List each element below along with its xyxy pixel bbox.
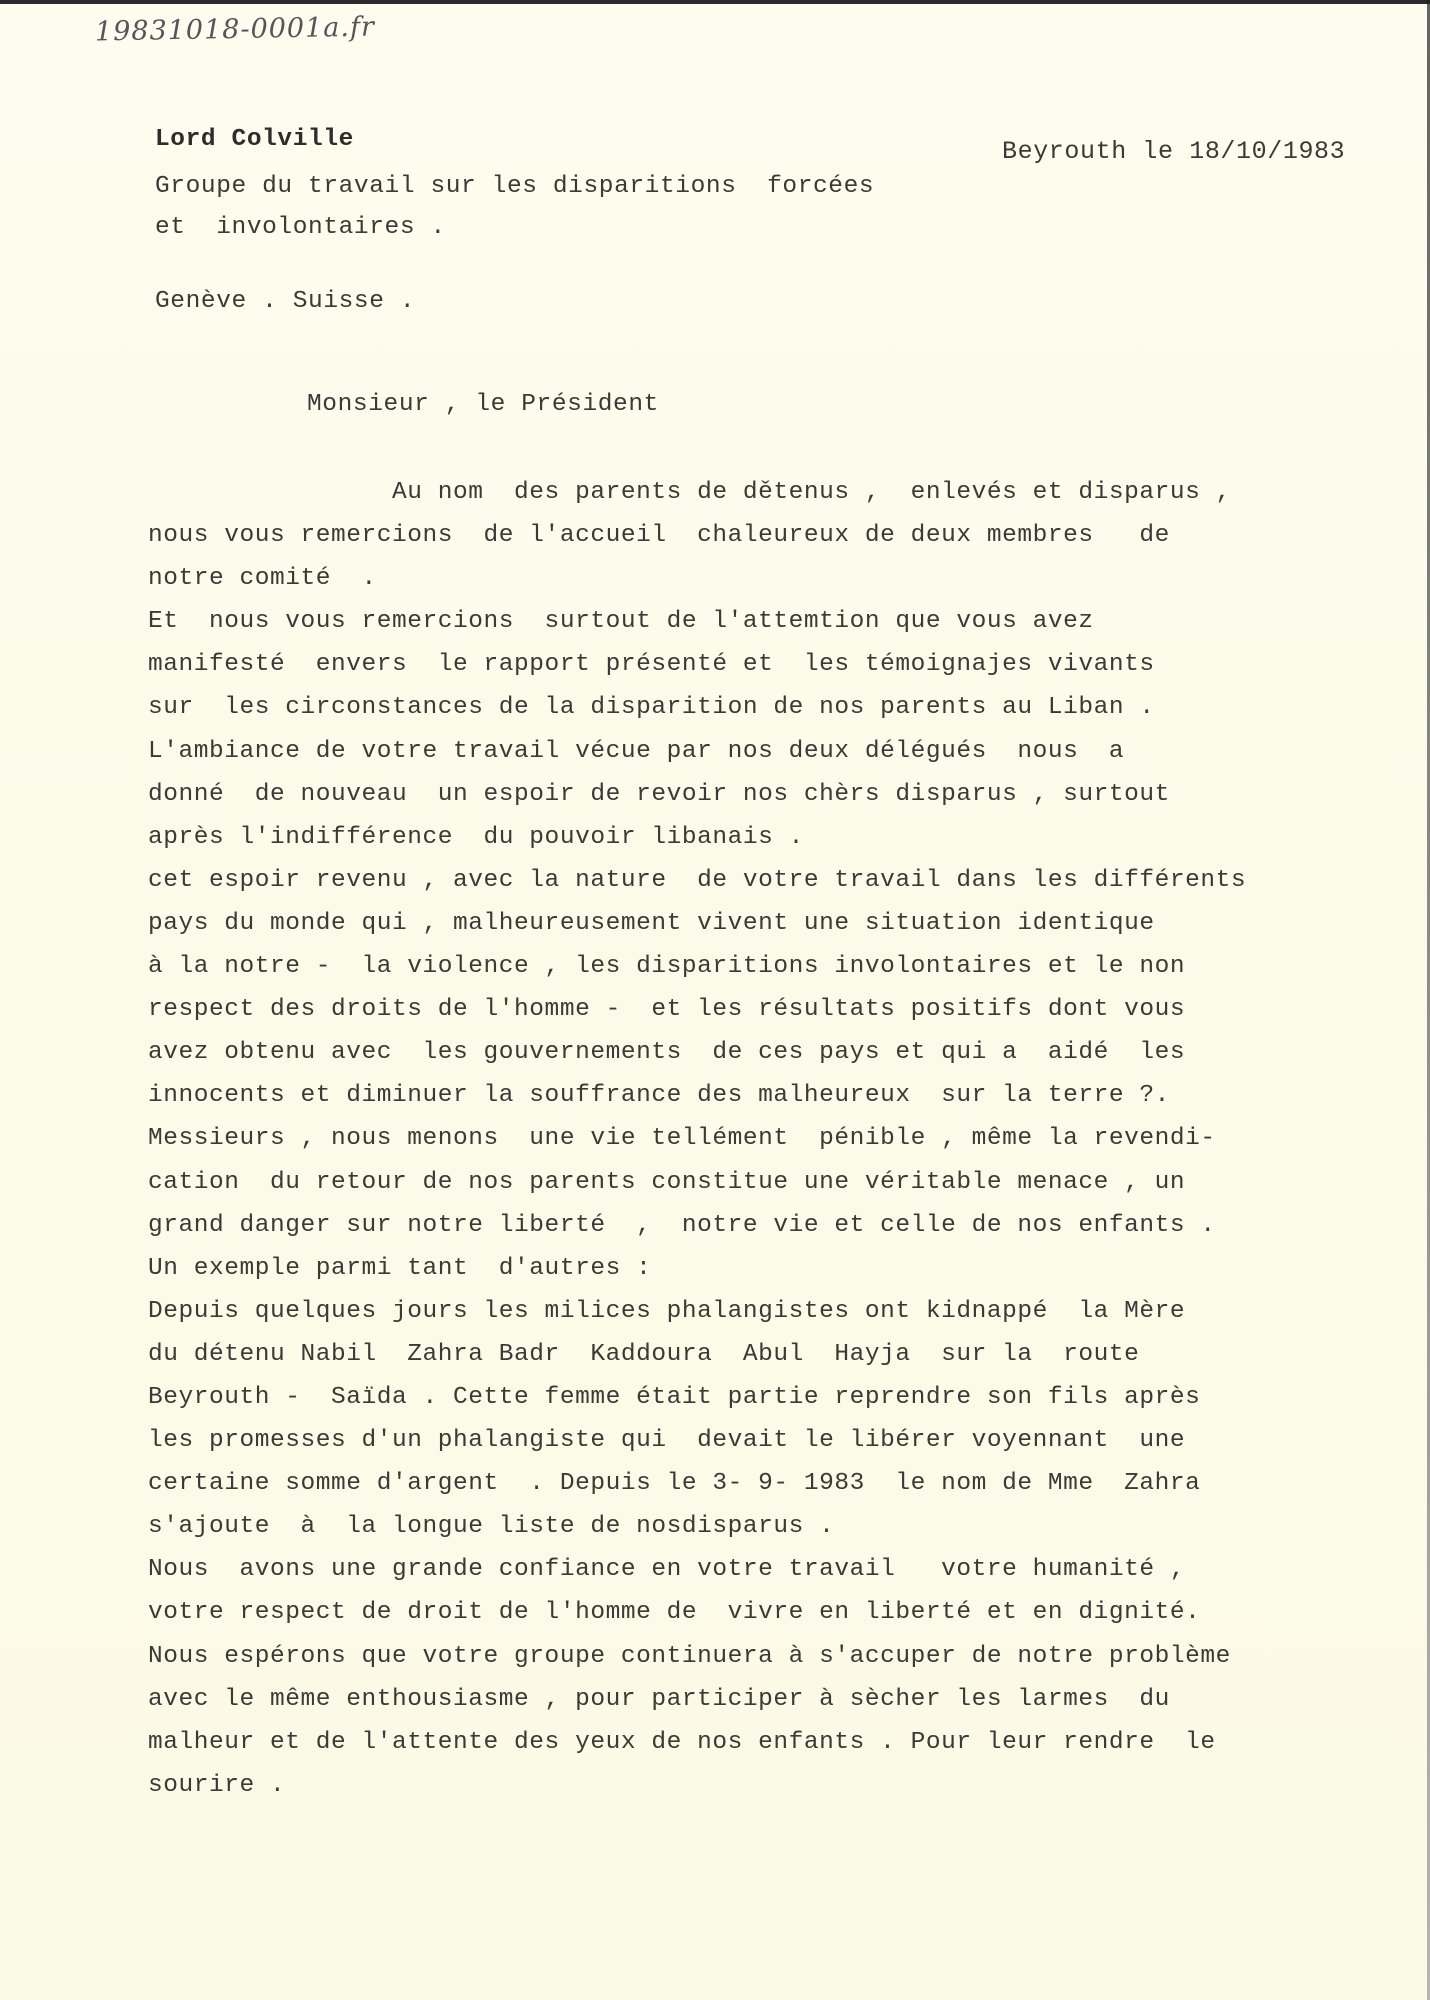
body-line: Nous avons une grande confiance en votre… (148, 1555, 1398, 1598)
body-line: avec le même enthousiasme , pour partici… (148, 1685, 1398, 1728)
body-line: grand danger sur notre liberté , notre v… (148, 1211, 1398, 1254)
archive-reference-handwritten: 19831018-0001a.fr (95, 12, 375, 48)
body-line: respect des droits de l'homme - et les r… (148, 995, 1398, 1038)
body-line: Au nom des parents de dětenus , enlevés … (148, 478, 1398, 521)
body-line: Depuis quelques jours les milices phalan… (148, 1297, 1398, 1340)
body-line: à la notre - la violence , les dispariti… (148, 952, 1398, 995)
body-line: du détenu Nabil Zahra Badr Kaddoura Abul… (148, 1340, 1398, 1383)
body-line: nous vous remercions de l'accueil chaleu… (148, 521, 1398, 564)
body-line: Et nous vous remercions surtout de l'att… (148, 607, 1398, 650)
body-line: malheur et de l'attente des yeux de nos … (148, 1728, 1398, 1771)
body-line: L'ambiance de votre travail vécue par no… (148, 737, 1398, 780)
place-date: Beyrouth le 18/10/1983 (1002, 137, 1345, 167)
body-line: cation du retour de nos parents constitu… (148, 1168, 1398, 1211)
body-line: manifesté envers le rapport présenté et … (148, 650, 1398, 693)
body-line: Beyrouth - Saïda . Cette femme était par… (148, 1383, 1398, 1426)
body-line: avez obtenu avec les gouvernements de ce… (148, 1038, 1398, 1081)
body-line: pays du monde qui , malheureusement vive… (148, 909, 1398, 952)
body-line: après l'indifférence du pouvoir libanais… (148, 823, 1398, 866)
body-line: innocents et diminuer la souffrance des … (148, 1081, 1398, 1124)
recipient-organization-line2: et involontaires . (155, 213, 446, 243)
body-line: cet espoir revenu , avec la nature de vo… (148, 866, 1398, 909)
body-line: sur les circonstances de la disparition … (148, 693, 1398, 736)
body-line: votre respect de droit de l'homme de viv… (148, 1598, 1398, 1641)
body-line: Nous espérons que votre groupe continuer… (148, 1642, 1398, 1685)
body-line: Messieurs , nous menons une vie tellémen… (148, 1124, 1398, 1167)
recipient-location: Genève . Suisse . (155, 287, 415, 317)
body-line: sourire . (148, 1771, 1398, 1814)
body-line: Un exemple parmi tant d'autres : (148, 1254, 1398, 1297)
body-line: notre comité . (148, 564, 1398, 607)
salutation: Monsieur , le Président (307, 390, 659, 420)
scan-top-edge (0, 0, 1430, 4)
letter-page: 19831018-0001a.fr Lord Colville Groupe d… (0, 0, 1430, 2000)
recipient-name: Lord Colville (155, 125, 354, 155)
body-line: s'ajoute à la longue liste de nosdisparu… (148, 1512, 1398, 1555)
body-line: les promesses d'un phalangiste qui devai… (148, 1426, 1398, 1469)
letter-body: Au nom des parents de dětenus , enlevés … (148, 478, 1398, 1814)
recipient-organization-line1: Groupe du travail sur les disparitions f… (155, 172, 874, 202)
body-line: certaine somme d'argent . Depuis le 3- 9… (148, 1469, 1398, 1512)
body-line: donné de nouveau un espoir de revoir nos… (148, 780, 1398, 823)
